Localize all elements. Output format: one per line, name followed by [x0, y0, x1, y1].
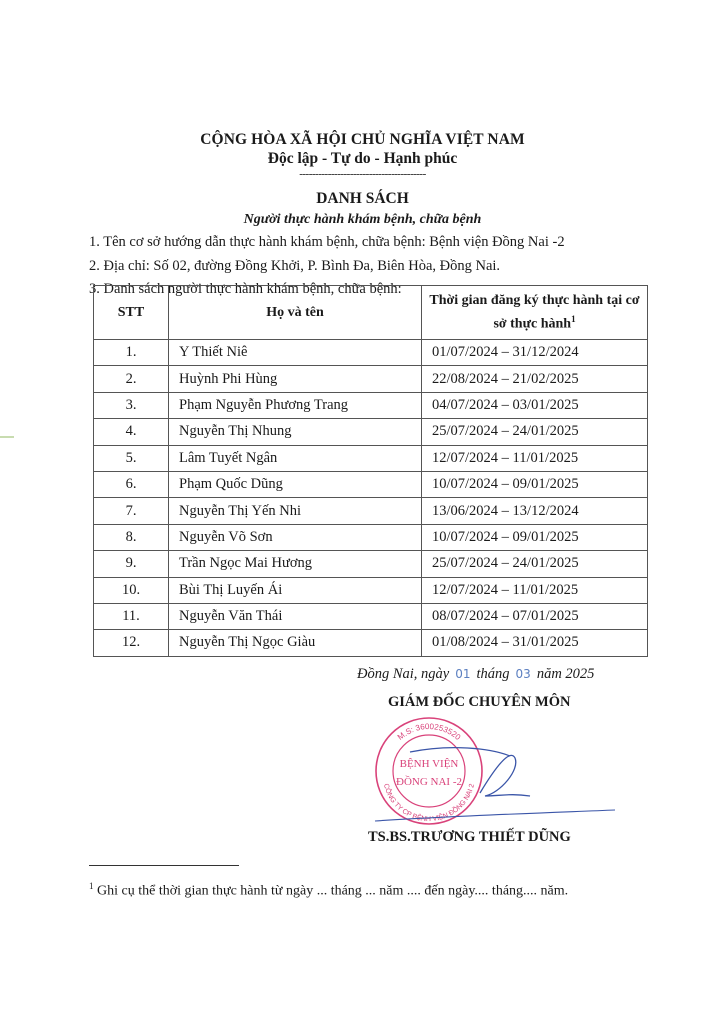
nation-heading: CỘNG HÒA XÃ HỘI CHỦ NGHĨA VIỆT NAM — [0, 131, 725, 149]
table-row: 7.Nguyễn Thị Yến Nhi13/06/2024 – 13/12/2… — [94, 498, 648, 524]
document-subtitle: Người thực hành khám bệnh, chữa bệnh — [0, 212, 725, 228]
practice-period: 22/08/2024 – 21/02/2025 — [422, 366, 648, 392]
practice-period: 08/07/2024 – 07/01/2025 — [422, 603, 648, 629]
row-number: 11. — [94, 603, 169, 629]
signer-name: TS.BS.TRƯƠNG THIẾT DŨNG — [368, 829, 571, 846]
practitioner-name: Phạm Quốc Dũng — [169, 471, 422, 497]
row-number: 8. — [94, 524, 169, 550]
row-number: 10. — [94, 577, 169, 603]
row-number: 4. — [94, 419, 169, 445]
practitioner-name: Y Thiết Niê — [169, 340, 422, 366]
practice-period: 25/07/2024 – 24/01/2025 — [422, 419, 648, 445]
practitioner-name: Trần Ngọc Mai Hương — [169, 551, 422, 577]
practice-period: 10/07/2024 – 09/01/2025 — [422, 524, 648, 550]
table-row: 4.Nguyễn Thị Nhung25/07/2024 – 24/01/202… — [94, 419, 648, 445]
signer-role: GIÁM ĐỐC CHUYÊN MÔN — [388, 694, 570, 711]
heading-separator: ---------------------------------------- — [0, 168, 725, 180]
table-row: 9.Trần Ngọc Mai Hương25/07/2024 – 24/01/… — [94, 551, 648, 577]
practice-period: 01/07/2024 – 31/12/2024 — [422, 340, 648, 366]
handwritten-signature-icon — [370, 738, 620, 828]
practitioner-name: Nguyễn Thị Ngọc Giàu — [169, 630, 422, 656]
column-header-period-text: Thời gian đăng ký thực hành tại cơ sở th… — [429, 293, 639, 332]
footnote: 1 Ghi cụ thể thời gian thực hành từ ngày… — [89, 881, 568, 900]
column-header-name: Họ và tên — [169, 286, 422, 340]
row-number: 5. — [94, 445, 169, 471]
practitioner-name: Nguyễn Văn Thái — [169, 603, 422, 629]
row-number: 6. — [94, 471, 169, 497]
handwritten-day: 01 — [449, 667, 476, 681]
year-label: năm 2025 — [537, 666, 595, 682]
scan-artifact — [0, 436, 14, 438]
practitioner-name: Nguyễn Thị Yến Nhi — [169, 498, 422, 524]
row-number: 7. — [94, 498, 169, 524]
practitioner-name: Nguyễn Thị Nhung — [169, 419, 422, 445]
practice-period: 12/07/2024 – 11/01/2025 — [422, 577, 648, 603]
footnote-marker: 1 — [571, 314, 576, 324]
row-number: 3. — [94, 392, 169, 418]
practice-period: 01/08/2024 – 31/01/2025 — [422, 630, 648, 656]
table-row: 6.Phạm Quốc Dũng10/07/2024 – 09/01/2025 — [94, 471, 648, 497]
practice-period: 12/07/2024 – 11/01/2025 — [422, 445, 648, 471]
practitioner-name: Nguyễn Võ Sơn — [169, 524, 422, 550]
table-row: 3.Phạm Nguyễn Phương Trang04/07/2024 – 0… — [94, 392, 648, 418]
motto-heading: Độc lập - Tự do - Hạnh phúc — [0, 150, 725, 168]
row-number: 9. — [94, 551, 169, 577]
document-title: DANH SÁCH — [0, 190, 725, 208]
place-prefix: Đồng Nai, ngày — [357, 666, 449, 682]
table-header-row: STT Họ và tên Thời gian đăng ký thực hàn… — [94, 286, 648, 340]
practitioner-name: Lâm Tuyết Ngân — [169, 445, 422, 471]
facility-name-line: 1. Tên cơ sở hướng dẫn thực hành khám bệ… — [89, 234, 565, 251]
practice-period: 25/07/2024 – 24/01/2025 — [422, 551, 648, 577]
column-header-period: Thời gian đăng ký thực hành tại cơ sở th… — [422, 286, 648, 340]
table-row: 8.Nguyễn Võ Sơn10/07/2024 – 09/01/2025 — [94, 524, 648, 550]
practitioner-table: STT Họ và tên Thời gian đăng ký thực hàn… — [93, 285, 648, 657]
table-row: 12.Nguyễn Thị Ngọc Giàu01/08/2024 – 31/0… — [94, 630, 648, 656]
row-number: 12. — [94, 630, 169, 656]
table-row: 1.Y Thiết Niê01/07/2024 – 31/12/2024 — [94, 340, 648, 366]
practice-period: 10/07/2024 – 09/01/2025 — [422, 471, 648, 497]
handwritten-month: 03 — [510, 667, 537, 681]
month-label: tháng — [477, 666, 510, 682]
place-date-line: Đồng Nai, ngày01tháng03năm 2025 — [357, 666, 594, 683]
table-row: 2.Huỳnh Phi Hùng22/08/2024 – 21/02/2025 — [94, 366, 648, 392]
column-header-stt: STT — [94, 286, 169, 340]
practitioner-name: Phạm Nguyễn Phương Trang — [169, 392, 422, 418]
footnote-text: Ghi cụ thể thời gian thực hành từ ngày .… — [97, 884, 568, 899]
table-row: 5.Lâm Tuyết Ngân12/07/2024 – 11/01/2025 — [94, 445, 648, 471]
row-number: 1. — [94, 340, 169, 366]
practitioner-name: Bùi Thị Luyến Ái — [169, 577, 422, 603]
footnote-divider — [89, 865, 239, 866]
footnote-number: 1 — [89, 881, 94, 891]
practitioner-name: Huỳnh Phi Hùng — [169, 366, 422, 392]
table-row: 10.Bùi Thị Luyến Ái12/07/2024 – 11/01/20… — [94, 577, 648, 603]
row-number: 2. — [94, 366, 169, 392]
address-line: 2. Địa chỉ: Số 02, đường Đồng Khởi, P. B… — [89, 258, 500, 275]
table-row: 11.Nguyễn Văn Thái08/07/2024 – 07/01/202… — [94, 603, 648, 629]
practice-period: 13/06/2024 – 13/12/2024 — [422, 498, 648, 524]
practice-period: 04/07/2024 – 03/01/2025 — [422, 392, 648, 418]
